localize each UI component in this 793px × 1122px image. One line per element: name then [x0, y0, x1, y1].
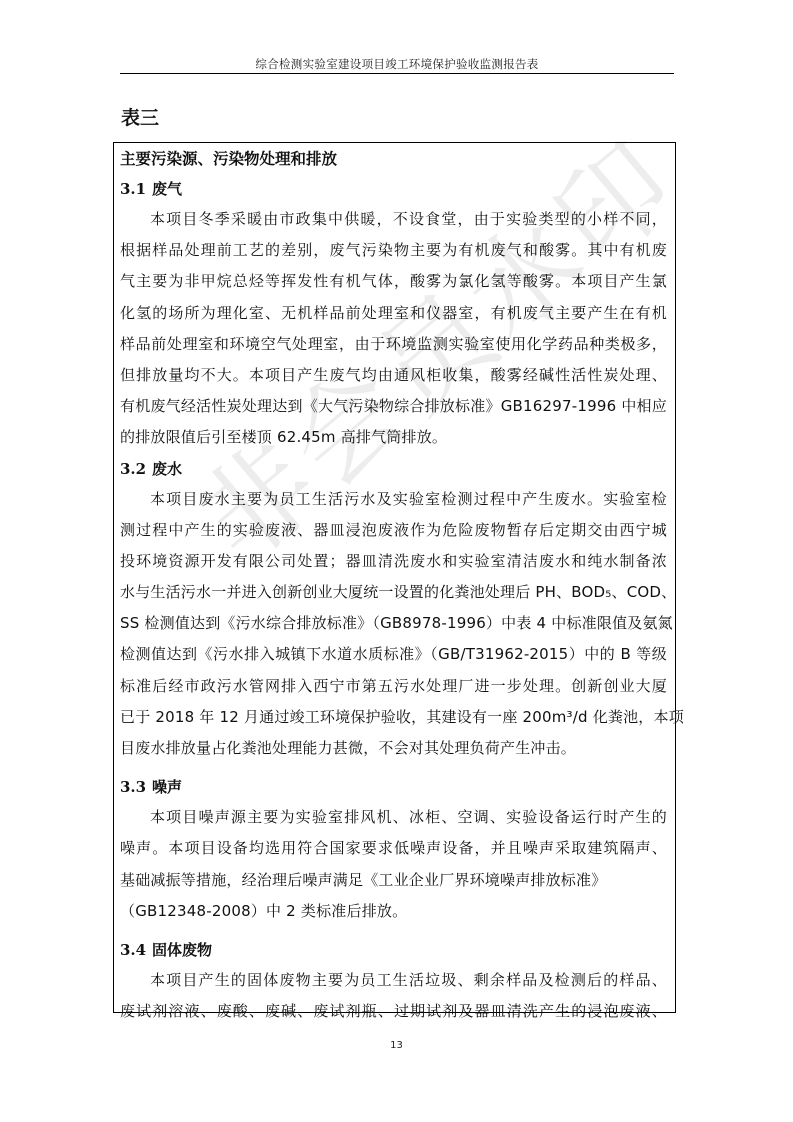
text-line: 标准后经市政污水管网排入西宁市第五污水处理厂进一步处理。创新创业大厦	[120, 671, 667, 702]
section-paragraph-solid-waste: 本项目产生的固体废物主要为员工生活垃圾、剩余样品及检测后的样品、 废试剂溶液、废…	[120, 965, 667, 1027]
box-heading: 主要污染源、污染物处理和排放	[120, 144, 667, 174]
text-line: 本项目产生的固体废物主要为员工生活垃圾、剩余样品及检测后的样品、	[120, 965, 667, 996]
text-line: 基础减振等措施，经治理后噪声满足《工业企业厂界环境噪声排放标准》	[120, 865, 667, 896]
text-line: 废试剂溶液、废酸、废碱、废试剂瓶、过期试剂及器皿清洗产生的浸泡废液、	[120, 996, 667, 1027]
section-paragraph-noise: 本项目噪声源主要为实验室排风机、冰柜、空调、实验设备运行时产生的 噪声。本项目设…	[120, 802, 667, 927]
text-line: 但排放量均不大。本项目产生废气均由通风柜收集，酸雾经碱性活性炭处理、	[120, 360, 667, 391]
text-line: 本项目废水主要为员工生活污水及实验室检测过程中产生废水。实验室检	[120, 484, 667, 515]
header-rule	[120, 73, 674, 74]
text-line: 本项目噪声源主要为实验室排风机、冰柜、空调、实验设备运行时产生的	[120, 802, 667, 833]
section-number: 3.2	[120, 454, 152, 484]
text-line: 测过程中产生的实验废液、器皿浸泡废液作为危险废物暂存后定期交由西宁城	[120, 515, 667, 546]
section-heading-solid-waste: 3.4固体废物	[120, 935, 667, 965]
content-table-box: 主要污染源、污染物处理和排放 3.1废气 本项目冬季采暖由市政集中供暖，不设食堂…	[113, 142, 676, 1013]
text-line: 化氢的场所为理化室、无机样品前处理室和仪器室，有机废气主要产生在有机	[120, 298, 667, 329]
text-line: 水与生活污水一并进入创新创业大厦统一设置的化粪池处理后 PH、BOD₅、COD、	[120, 577, 667, 608]
section-number: 3.4	[120, 935, 152, 965]
text-line: 有机废气经活性炭处理达到《大气污染物综合排放标准》GB16297-1996 中相…	[120, 391, 667, 422]
section-paragraph-exhaust-gas: 本项目冬季采暖由市政集中供暖，不设食堂，由于实验类型的小样不同， 根据样品处理前…	[120, 204, 667, 454]
table-label: 表三	[121, 103, 159, 130]
text-line: 投环境资源开发有限公司处置；器皿清洗废水和实验室清洁废水和纯水制备浓	[120, 546, 667, 577]
section-number: 3.1	[120, 174, 152, 204]
text-line: 样品前处理室和环境空气处理室，由于环境监测实验室使用化学药品种类极多，	[120, 329, 667, 360]
section-title: 固体废物	[152, 941, 212, 959]
text-line: 噪声。本项目设备均选用符合国家要求低噪声设备，并且噪声采取建筑隔声、	[120, 833, 667, 864]
page-header-title: 综合检测实验室建设项目竣工环境保护验收监测报告表	[120, 56, 674, 72]
section-heading-wastewater: 3.2废水	[120, 454, 667, 484]
section-heading-exhaust-gas: 3.1废气	[120, 174, 667, 204]
text-line: 根据样品处理前工艺的差别，废气污染物主要为有机废气和酸雾。其中有机废	[120, 235, 667, 266]
section-heading-noise: 3.3噪声	[120, 772, 667, 802]
section-title: 废气	[152, 180, 182, 198]
section-number: 3.3	[120, 772, 152, 802]
text-line: 的排放限值后引至楼顶 62.45m 高排气筒排放。	[120, 422, 667, 453]
text-line: 本项目冬季采暖由市政集中供暖，不设食堂，由于实验类型的小样不同，	[120, 204, 667, 235]
text-line: （GB12348-2008）中 2 类标准后排放。	[120, 896, 667, 927]
text-line: 目废水排放量占化粪池处理能力甚微，不会对其处理负荷产生冲击。	[120, 733, 667, 764]
section-title: 噪声	[152, 778, 182, 796]
page-number: 13	[0, 1040, 793, 1051]
text-line: 气主要为非甲烷总烃等挥发性有机气体，酸雾为氯化氢等酸雾。本项目产生氯	[120, 266, 667, 297]
text-line: SS 检测值达到《污水综合排放标准》（GB8978-1996）中表 4 中标准限…	[120, 608, 667, 639]
text-line: 已于 2018 年 12 月通过竣工环境保护验收，其建设有一座 200m³/d …	[120, 702, 667, 733]
text-line: 检测值达到《污水排入城镇下水道水质标准》（GB/T31962-2015）中的 B…	[120, 639, 667, 670]
section-paragraph-wastewater: 本项目废水主要为员工生活污水及实验室检测过程中产生废水。实验室检 测过程中产生的…	[120, 484, 667, 765]
section-title: 废水	[152, 460, 182, 478]
